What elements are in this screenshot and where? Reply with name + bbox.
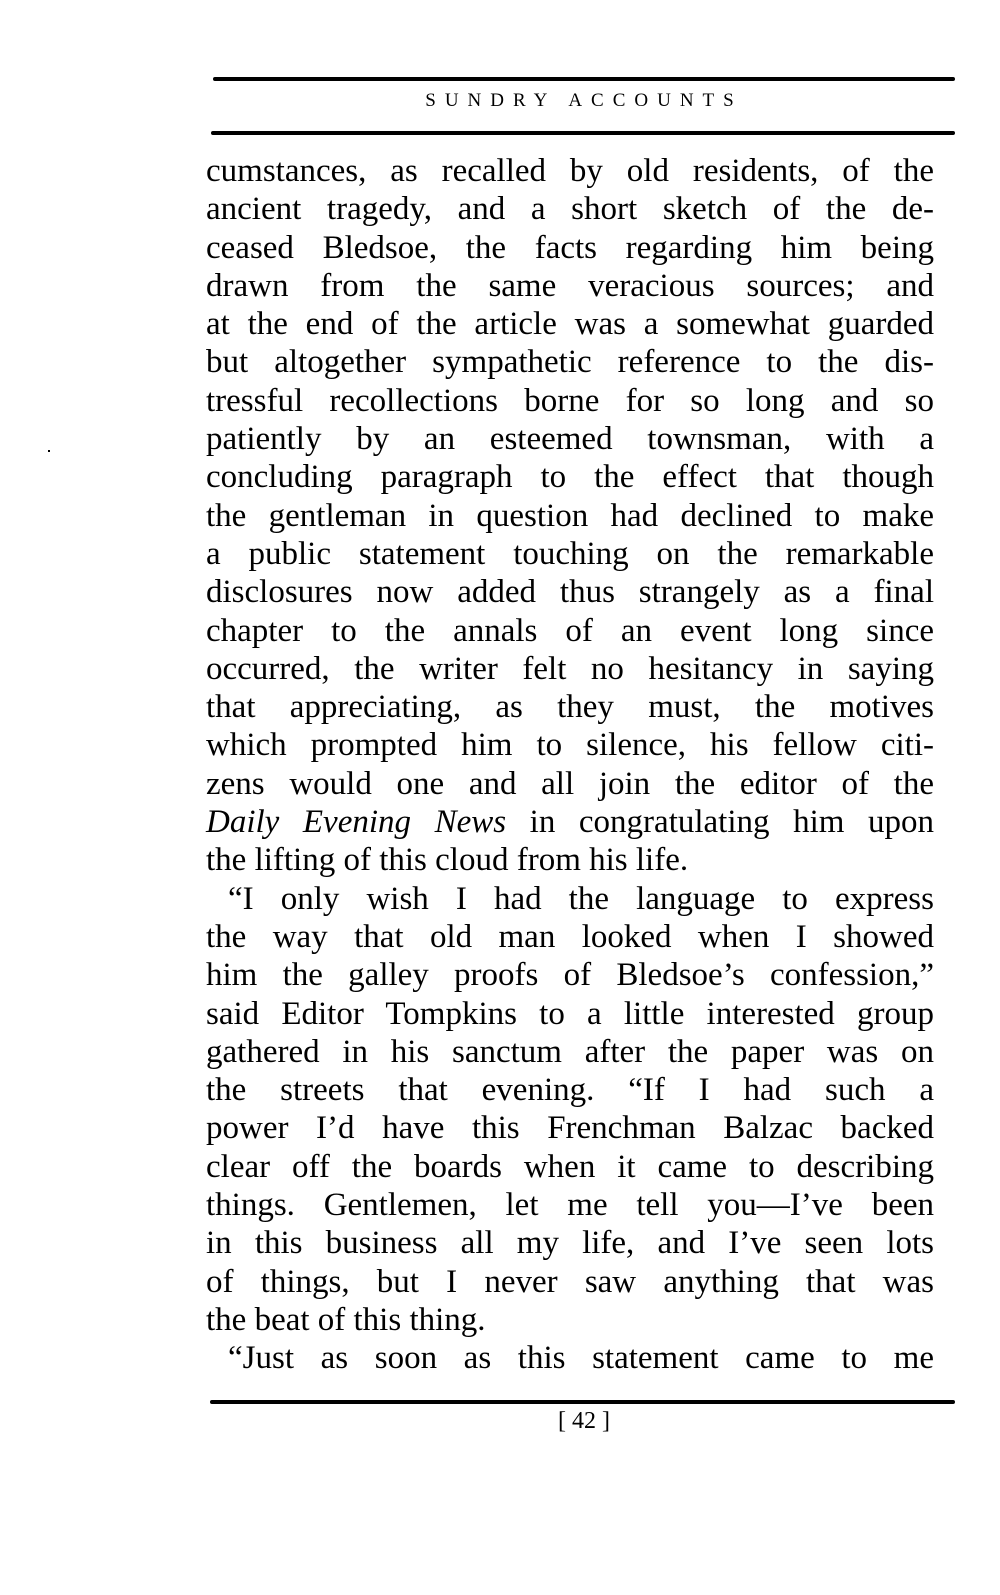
text-line-content: a public statement touching on the remar… bbox=[206, 536, 934, 572]
page-number: [ 42 ] bbox=[213, 1408, 955, 1435]
text-line: patiently by an esteemed townsman, with … bbox=[206, 420, 934, 458]
text-line-content: clear off the boards when it came to des… bbox=[206, 1149, 934, 1185]
text-line-content: disclosures now added thus strangely as … bbox=[206, 574, 934, 610]
text-line-content: which prompted him to silence, his fello… bbox=[206, 727, 934, 763]
text-line: concluding paragraph to the effect that … bbox=[206, 458, 934, 496]
text-line-content: the lifting of this cloud from his life. bbox=[206, 842, 688, 878]
text-line-content: of things, but I never saw anything that… bbox=[206, 1264, 934, 1300]
text-line-content: chapter to the annals of an event long s… bbox=[206, 613, 934, 649]
text-line-content: concluding paragraph to the effect that … bbox=[206, 459, 934, 495]
text-line: the beat of this thing. bbox=[206, 1301, 934, 1339]
text-line-content: said Editor Tompkins to a little interes… bbox=[206, 996, 934, 1032]
book-page: SUNDRY ACCOUNTS cumstances, as recalled … bbox=[0, 0, 1000, 1595]
text-line-content: “Just as soon as this statement came to … bbox=[228, 1340, 934, 1376]
text-line: at the end of the article was a somewhat… bbox=[206, 305, 934, 343]
text-line-content: at the end of the article was a somewhat… bbox=[206, 306, 934, 342]
text-line: “I only wish I had the language to expre… bbox=[206, 880, 934, 918]
text-line-content: power I’d have this Frenchman Balzac bac… bbox=[206, 1110, 934, 1146]
text-line: cumstances, as recalled by old residents… bbox=[206, 152, 934, 190]
text-line: clear off the boards when it came to des… bbox=[206, 1148, 934, 1186]
text-line-content: that appreciating, as they must, the mot… bbox=[206, 689, 934, 725]
body-text: cumstances, as recalled by old residents… bbox=[206, 152, 934, 1378]
text-line: drawn from the same veracious sources; a… bbox=[206, 267, 934, 305]
text-line-content: patiently by an esteemed townsman, with … bbox=[206, 421, 934, 457]
text-line-content: him the galley proofs of Bledsoe’s confe… bbox=[206, 957, 934, 993]
text-line: which prompted him to silence, his fello… bbox=[206, 726, 934, 764]
text-line-content: cumstances, as recalled by old residents… bbox=[206, 153, 934, 189]
text-line: the gentleman in question had declined t… bbox=[206, 497, 934, 535]
italic-title: Daily Evening News bbox=[206, 804, 506, 840]
text-line-content: but altogether sympathetic reference to … bbox=[206, 344, 934, 380]
text-line: a public statement touching on the remar… bbox=[206, 535, 934, 573]
text-line-content: the streets that evening. “If I had such… bbox=[206, 1072, 934, 1108]
text-line: occurred, the writer felt no hesitancy i… bbox=[206, 650, 934, 688]
text-line: things. Gentlemen, let me tell you—I’ve … bbox=[206, 1186, 934, 1224]
text-line-content: gathered in his sanctum after the paper … bbox=[206, 1034, 934, 1070]
text-line: the streets that evening. “If I had such… bbox=[206, 1071, 934, 1109]
text-line: but altogether sympathetic reference to … bbox=[206, 343, 934, 381]
text-line: said Editor Tompkins to a little interes… bbox=[206, 995, 934, 1033]
text-line: Daily Evening News in congratulating him… bbox=[206, 803, 934, 841]
text-line-content: drawn from the same veracious sources; a… bbox=[206, 268, 934, 304]
text-line-content: ceased Bledsoe, the facts regarding him … bbox=[206, 230, 934, 266]
text-line-content: the beat of this thing. bbox=[206, 1302, 486, 1338]
text-line-content: things. Gentlemen, let me tell you—I’ve … bbox=[206, 1187, 934, 1223]
text-line-content: in congratulating him upon bbox=[506, 804, 934, 840]
text-line: the way that old man looked when I showe… bbox=[206, 918, 934, 956]
text-line: him the galley proofs of Bledsoe’s confe… bbox=[206, 956, 934, 994]
text-line: that appreciating, as they must, the mot… bbox=[206, 688, 934, 726]
text-line-content: the way that old man looked when I showe… bbox=[206, 919, 934, 955]
footer-rule bbox=[210, 1400, 955, 1404]
text-line: ancient tragedy, and a short sketch of t… bbox=[206, 190, 934, 228]
text-line: in this business all my life, and I’ve s… bbox=[206, 1224, 934, 1262]
text-line: tressful recollections borne for so long… bbox=[206, 382, 934, 420]
header-top-rule bbox=[213, 77, 955, 81]
text-line: the lifting of this cloud from his life. bbox=[206, 841, 934, 879]
text-line-content: ancient tragedy, and a short sketch of t… bbox=[206, 191, 934, 227]
text-line-content: tressful recollections borne for so long… bbox=[206, 383, 934, 419]
text-line: of things, but I never saw anything that… bbox=[206, 1263, 934, 1301]
text-line-content: zens would one and all join the editor o… bbox=[206, 766, 934, 802]
running-head: SUNDRY ACCOUNTS bbox=[213, 90, 955, 112]
text-line-content: in this business all my life, and I’ve s… bbox=[206, 1225, 934, 1261]
text-line-content: occurred, the writer felt no hesitancy i… bbox=[206, 651, 934, 687]
text-line: chapter to the annals of an event long s… bbox=[206, 612, 934, 650]
text-line: zens would one and all join the editor o… bbox=[206, 765, 934, 803]
text-line-content: the gentleman in question had declined t… bbox=[206, 498, 934, 534]
header-bottom-rule bbox=[211, 131, 955, 135]
text-line-content: “I only wish I had the language to expre… bbox=[228, 881, 934, 917]
text-line: disclosures now added thus strangely as … bbox=[206, 573, 934, 611]
text-line: gathered in his sanctum after the paper … bbox=[206, 1033, 934, 1071]
scan-speck bbox=[48, 450, 50, 452]
text-line: power I’d have this Frenchman Balzac bac… bbox=[206, 1109, 934, 1147]
text-line: ceased Bledsoe, the facts regarding him … bbox=[206, 229, 934, 267]
text-line: “Just as soon as this statement came to … bbox=[206, 1339, 934, 1377]
